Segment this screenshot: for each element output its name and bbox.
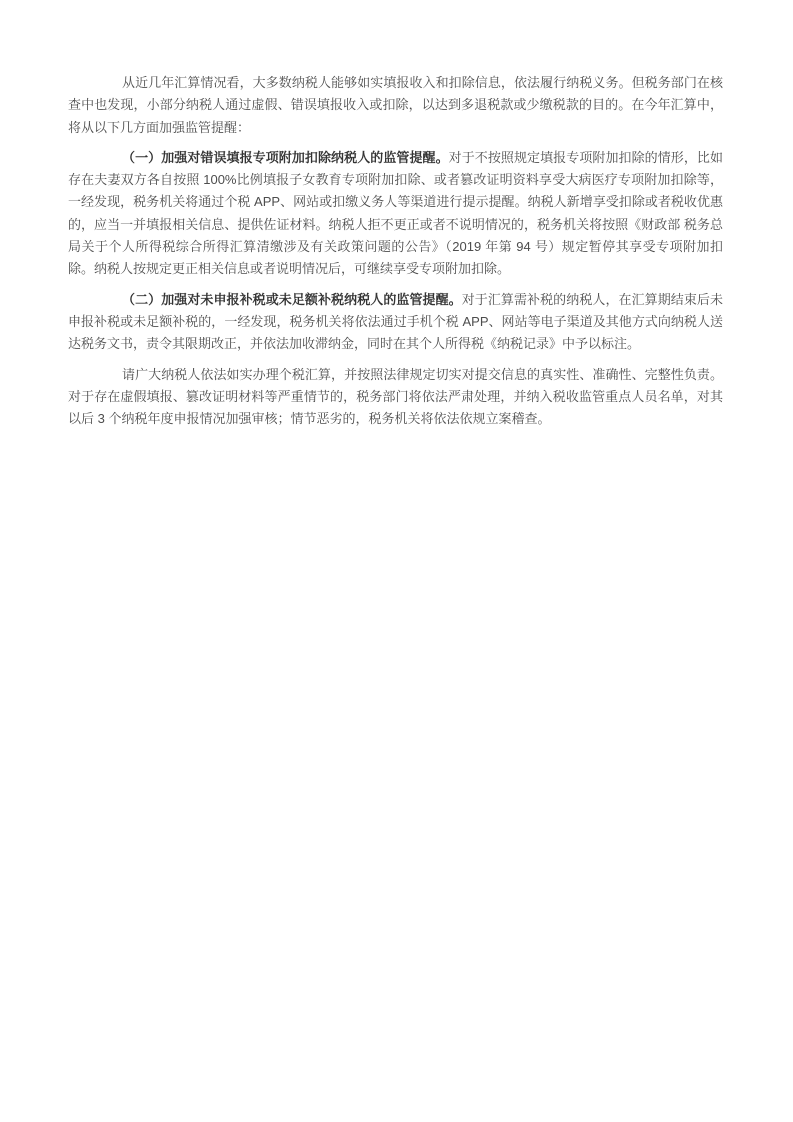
paragraph-text-run: 对于不按照规定填报专项附加扣除的情形，比如存在夫妻双方各自按照 100%比例填报…	[68, 150, 723, 276]
paragraph-item-2: （二）加强对未申报补税或未足额补税纳税人的监管提醒。对于汇算需补税的纳税人，在汇…	[68, 289, 723, 356]
paragraph-heading-run: （一）加强对错误填报专项附加扣除纳税人的监管提醒。	[122, 150, 449, 165]
paragraph-text-run: 从近几年汇算情况看，大多数纳税人能够如实填报收入和扣除信息，依法履行纳税义务。但…	[68, 75, 723, 135]
document-page: 从近几年汇算情况看，大多数纳税人能够如实填报收入和扣除信息，依法履行纳税义务。但…	[0, 0, 793, 1122]
paragraph-intro: 从近几年汇算情况看，大多数纳税人能够如实填报收入和扣除信息，依法履行纳税义务。但…	[68, 72, 723, 139]
paragraph-closing: 请广大纳税人依法如实办理个税汇算，并按照法律规定切实对提交信息的真实性、准确性、…	[68, 364, 723, 431]
article-body: 从近几年汇算情况看，大多数纳税人能够如实填报收入和扣除信息，依法履行纳税义务。但…	[68, 72, 723, 430]
paragraph-item-1: （一）加强对错误填报专项附加扣除纳税人的监管提醒。对于不按照规定填报专项附加扣除…	[68, 147, 723, 281]
paragraph-heading-run: （二）加强对未申报补税或未足额补税纳税人的监管提醒。	[122, 292, 462, 307]
paragraph-text-run: 请广大纳税人依法如实办理个税汇算，并按照法律规定切实对提交信息的真实性、准确性、…	[68, 367, 723, 427]
